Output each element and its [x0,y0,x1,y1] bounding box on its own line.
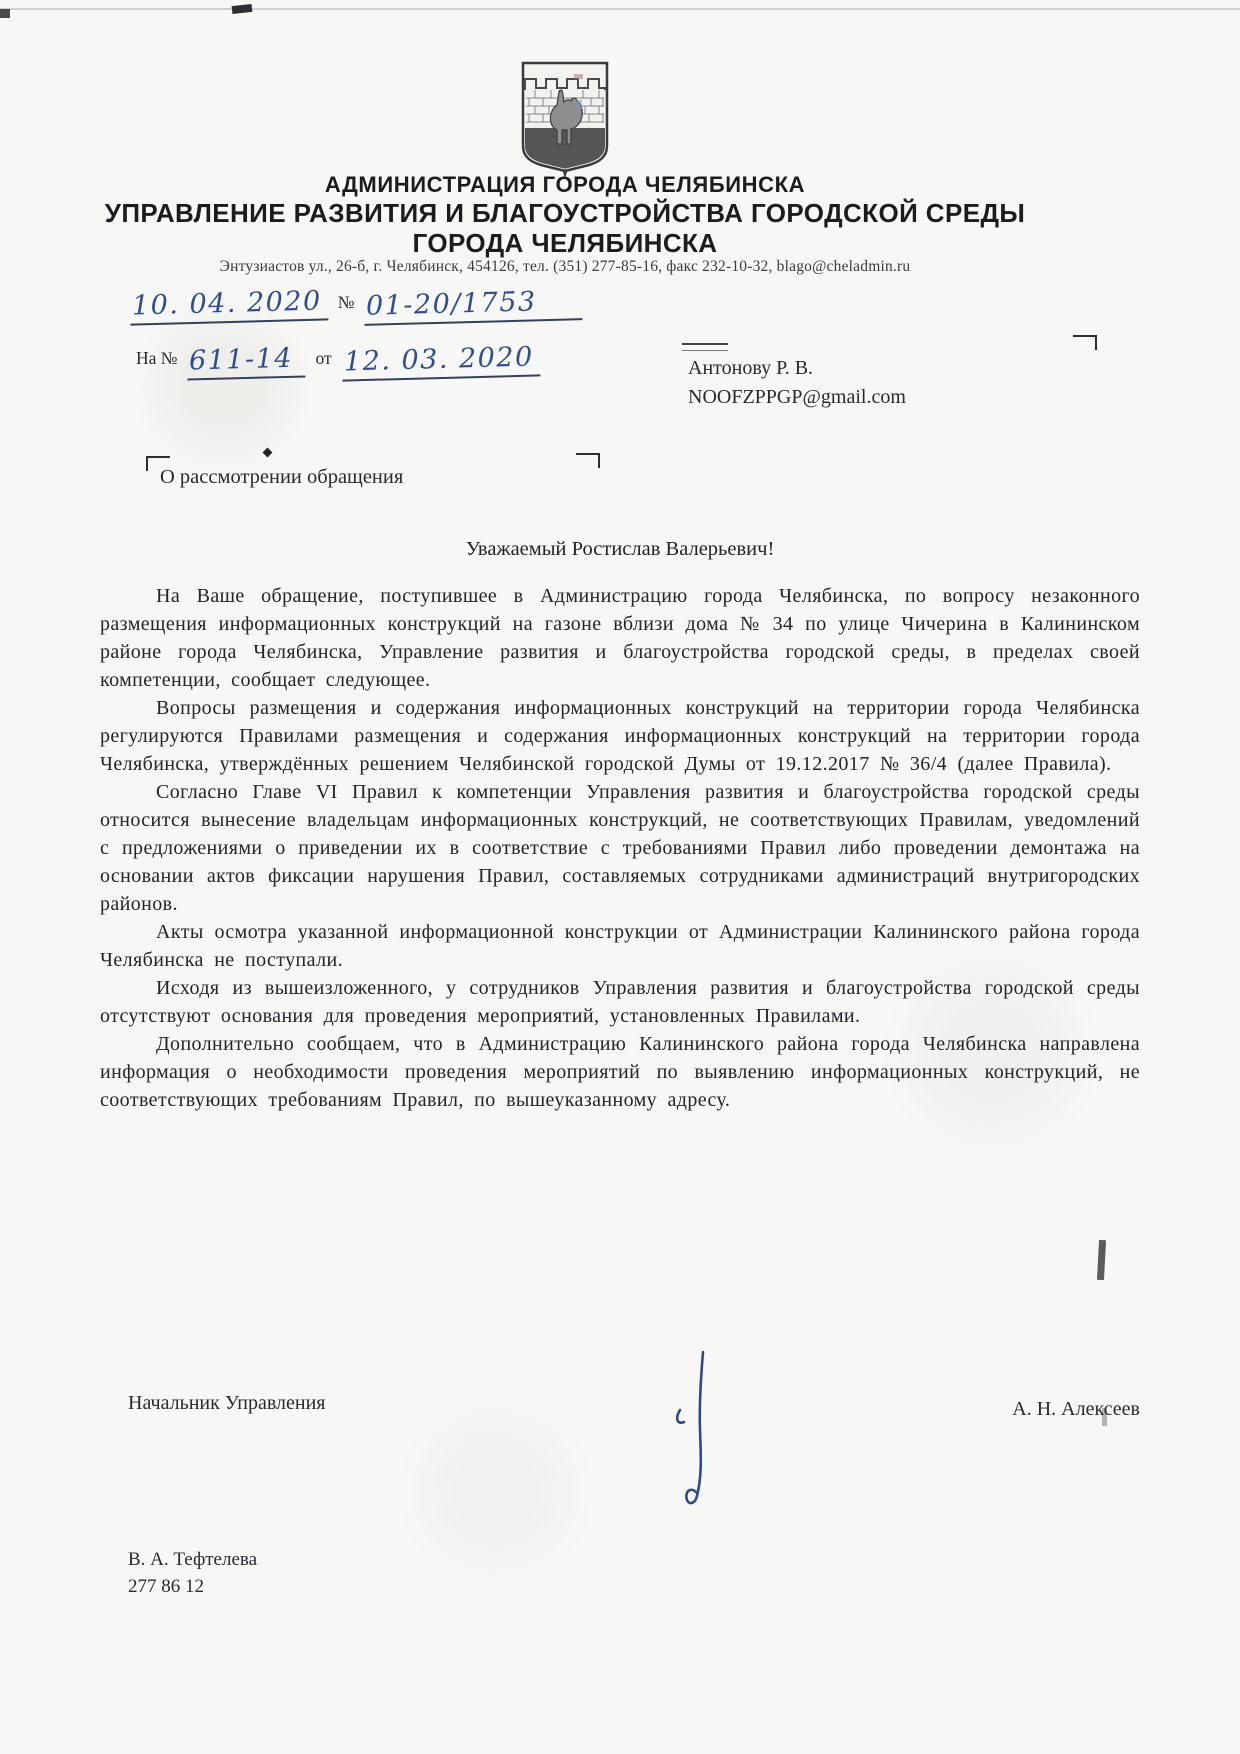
corner-mark-recipient-right [1073,335,1097,350]
recipient-name: Антонову Р. В. [688,354,906,383]
scan-artifact-top-edge [0,8,1240,10]
scan-artifact-diamond-dot [263,448,273,458]
org-name-line2: УПРАВЛЕНИЕ РАЗВИТИЯ И БЛАГОУСТРОЙСТВА ГО… [0,198,1130,229]
executor-phone: 277 86 12 [128,1573,257,1600]
incoming-reference-line: На № 611-14 от 12. 03. 2020 [130,344,539,379]
body-paragraph: На Ваше обращение, поступившее в Админис… [100,582,1140,694]
scan-artifact-right-bar [1097,1240,1106,1280]
signer-position-title: Начальник Управления [128,1392,325,1415]
handwritten-incoming-number: 611-14 [187,342,306,380]
org-address-line: Энтузиастов ул., 26-б, г. Челябинск, 454… [0,258,1130,276]
handwritten-outgoing-number: 01-20/1753 [364,285,583,326]
subject-line: О рассмотрении обращения [160,466,403,489]
corner-mark-subject-right [576,453,600,468]
scan-artifact-corner-dot [0,9,10,18]
signer-name: А. Н. Алексеев [900,1398,1140,1421]
scanned-letter-page: АДМИНИСТРАЦИЯ ГОРОДА ЧЕЛЯБИНСКА УПРАВЛЕН… [0,0,1240,1754]
recipient-email: NOOFZPPGP@gmail.com [688,383,906,412]
coat-of-arms-emblem [519,60,611,178]
recipient-block: Антонову Р. В. NOOFZPPGP@gmail.com [688,354,906,412]
salutation: Уважаемый Ростислав Валерьевич! [100,538,1140,561]
org-name-line1: АДМИНИСТРАЦИЯ ГОРОДА ЧЕЛЯБИНСКА [0,172,1130,198]
signature-autograph [668,1348,724,1514]
org-name-line3: ГОРОДА ЧЕЛЯБИНСКА [0,228,1130,259]
body-paragraph: Вопросы размещения и содержания информац… [100,694,1140,778]
handwritten-issue-date: 10. 04. 2020 [130,285,329,325]
body-paragraph: Исходя из вышеизложенного, у сотрудников… [100,974,1140,1030]
outgoing-reference-line: 10. 04. 2020 № 01-20/1753 [130,288,582,323]
executor-name: В. А. Тефтелева [128,1546,257,1573]
letter-body: На Ваше обращение, поступившее в Админис… [100,582,1140,1114]
reply-to-label: На № [136,348,177,368]
body-paragraph: Согласно Главе VI Правил к компетенции У… [100,778,1140,918]
handwritten-incoming-date: 12. 03. 2020 [341,341,540,381]
scan-artifact-top-dash [232,4,253,14]
executor-block: В. А. Тефтелева 277 86 12 [128,1546,257,1600]
number-sign-label: № [338,292,355,312]
scan-artifact-recipient-dash [682,343,728,351]
body-paragraph: Акты осмотра указанной информационной ко… [100,918,1140,974]
body-paragraph: Дополнительно сообщаем, что в Администра… [100,1030,1140,1114]
from-label: от [315,348,331,368]
